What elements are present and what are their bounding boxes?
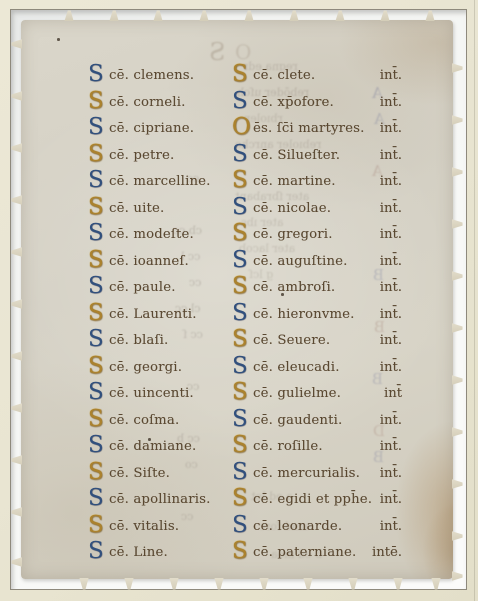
- response-abbreviation: int̄.: [380, 116, 402, 143]
- saint-invocation: cē. ambroſi.: [253, 275, 335, 302]
- litany-line-left-6: Scē. uite.: [88, 194, 240, 221]
- response-abbreviation: intē.: [372, 540, 402, 567]
- litany-line-right-17: Scē. egidi et pph̄e.int̄.: [232, 485, 402, 512]
- illuminated-initial: S: [232, 63, 253, 86]
- illuminated-initial: S: [232, 90, 253, 113]
- saint-invocation: cē. corneli.: [109, 90, 186, 117]
- parchment-leaf: SOregna edrrebōder uſchrbıolerrebıoler a…: [21, 20, 453, 579]
- litany-line-right-9: Scē. ambroſi.int̄.: [232, 273, 402, 300]
- response-abbreviation: int̄.: [380, 355, 402, 382]
- litany-line-left-5: Scē. marcelline.: [88, 167, 240, 194]
- illuminated-initial: S: [88, 249, 109, 272]
- illuminated-initial: S: [88, 169, 109, 192]
- litany-line-left-13: Scē. uincenti.: [88, 379, 240, 406]
- illuminated-initial: S: [232, 487, 253, 510]
- saint-invocation: cē. uincenti.: [109, 381, 194, 408]
- litany-line-right-6: Scē. nicolae.int̄.: [232, 194, 402, 221]
- litany-line-right-11: Scē. Seuere.int̄.: [232, 326, 402, 353]
- litany-line-right-10: Scē. hieronvme.int̄.: [232, 300, 402, 327]
- illuminated-initial: S: [88, 514, 109, 537]
- response-abbreviation: int̄.: [380, 434, 402, 461]
- illuminated-initial: S: [88, 63, 109, 86]
- litany-line-right-18: Scē. leonarde.int̄.: [232, 512, 402, 539]
- ink-speck: [57, 38, 60, 41]
- saint-invocation: cē. egidi et pph̄e.: [253, 487, 372, 514]
- illuminated-initial: S: [88, 143, 109, 166]
- saint-invocation: cē. Siſte.: [109, 461, 170, 488]
- litany-line-right-5: Scē. martine.int̄.: [232, 167, 402, 194]
- litany-line-left-2: Scē. corneli.: [88, 88, 240, 115]
- saint-invocation: cē. Seuere.: [253, 328, 330, 355]
- illuminated-initial: S: [88, 116, 109, 139]
- litany-line-left-8: Scē. ioanneſ.: [88, 247, 240, 274]
- illuminated-initial: S: [88, 275, 109, 298]
- litany-line-left-12: Scē. georgi.: [88, 353, 240, 380]
- saint-invocation: cē. paterniane.: [253, 540, 356, 567]
- illuminated-initial: S: [232, 461, 253, 484]
- litany-line-left-14: Scē. coſma.: [88, 406, 240, 433]
- illuminated-initial: O: [232, 116, 253, 139]
- saint-invocation: cē. gregori.: [253, 222, 333, 249]
- saint-invocation: cē. georgi.: [109, 355, 182, 382]
- saint-invocation: cē. clemens.: [109, 63, 194, 90]
- saint-invocation: cē. nicolae.: [253, 196, 331, 223]
- response-abbreviation: int̄.: [380, 461, 402, 488]
- response-abbreviation: int̄.: [380, 408, 402, 435]
- saint-invocation: cē. xp̄ofore.: [253, 90, 334, 117]
- illuminated-initial: S: [88, 328, 109, 351]
- litany-line-right-16: Scē. mercurialis.int̄.: [232, 459, 402, 486]
- illuminated-initial: S: [232, 143, 253, 166]
- litany-line-right-7: Scē. gregori.int̄.: [232, 220, 402, 247]
- litany-line-right-12: Scē. eleucadi.int̄.: [232, 353, 402, 380]
- saint-invocation: cē. apollinaris.: [109, 487, 211, 514]
- illuminated-initial: S: [88, 381, 109, 404]
- litany-line-right-19: Scē. paterniane.intē.: [232, 538, 402, 565]
- response-abbreviation: int̄.: [380, 328, 402, 355]
- litany-line-right-13: Scē. gulielme.int̄: [232, 379, 402, 406]
- litany-line-left-4: Scē. petre.: [88, 141, 240, 168]
- saint-invocation: cē. roſille.: [253, 434, 323, 461]
- saint-invocation: cē. clete.: [253, 63, 315, 90]
- response-abbreviation: int̄.: [380, 143, 402, 170]
- response-abbreviation: int̄: [384, 381, 402, 408]
- litany-line-left-7: Scē. modeſte.: [88, 220, 240, 247]
- illuminated-initial: S: [232, 196, 253, 219]
- illuminated-initial: S: [232, 275, 253, 298]
- saint-invocation: cē. petre.: [109, 143, 174, 170]
- illuminated-initial: S: [232, 328, 253, 351]
- illuminated-initial: S: [232, 514, 253, 537]
- illuminated-initial: S: [88, 90, 109, 113]
- saint-invocation: cē. leonarde.: [253, 514, 342, 541]
- saint-invocation: cē. hieronvme.: [253, 302, 355, 329]
- litany-line-left-1: Scē. clemens.: [88, 61, 240, 88]
- saint-invocation: ēs. ſc̄i martyres.: [253, 116, 365, 143]
- litany-line-right-15: Scē. roſille.int̄.: [232, 432, 402, 459]
- illuminated-initial: S: [232, 355, 253, 378]
- litany-line-left-11: Scē. blaſi.: [88, 326, 240, 353]
- saint-invocation: cē. Laurenti.: [109, 302, 197, 329]
- saint-invocation: cē. paule.: [109, 275, 176, 302]
- litany-line-right-3: Oēs. ſc̄i martyres.int̄.: [232, 114, 402, 141]
- illuminated-initial: S: [232, 249, 253, 272]
- saint-invocation: cē. eleucadi.: [253, 355, 340, 382]
- response-abbreviation: int̄.: [380, 487, 402, 514]
- illuminated-initial: S: [232, 540, 253, 563]
- response-abbreviation: int̄.: [380, 222, 402, 249]
- illuminated-initial: S: [88, 302, 109, 325]
- illuminated-initial: S: [232, 169, 253, 192]
- saint-invocation: cē. blaſi.: [109, 328, 168, 355]
- saint-invocation: cē. martine.: [253, 169, 336, 196]
- saint-invocation: cē. gulielme.: [253, 381, 341, 408]
- saint-invocation: cē. vitalis.: [109, 514, 179, 541]
- litany-line-left-9: Scē. paule.: [88, 273, 240, 300]
- illuminated-initial: S: [232, 381, 253, 404]
- litany-line-right-1: Scē. clete.int̄.: [232, 61, 402, 88]
- saint-invocation: cē. uite.: [109, 196, 164, 223]
- illuminated-initial: S: [88, 540, 109, 563]
- saint-invocation: cē. gaudenti.: [253, 408, 342, 435]
- response-abbreviation: int̄.: [380, 302, 402, 329]
- response-abbreviation: int̄.: [380, 63, 402, 90]
- response-abbreviation: int̄.: [380, 169, 402, 196]
- illuminated-initial: S: [88, 434, 109, 457]
- litany-line-left-18: Scē. vitalis.: [88, 512, 240, 539]
- illuminated-initial: S: [88, 461, 109, 484]
- illuminated-initial: S: [232, 434, 253, 457]
- litany-line-right-8: Scē. auguſtine.int̄.: [232, 247, 402, 274]
- saint-invocation: cē. ioanneſ.: [109, 249, 189, 276]
- litany-line-right-2: Scē. xp̄ofore.int̄.: [232, 88, 402, 115]
- litany-column-left: Scē. clemens.Scē. corneli.Scē. cipriane.…: [88, 61, 240, 565]
- saint-invocation: cē. modeſte.: [109, 222, 194, 249]
- framed-manuscript-photo: SOregna edrrebōder uſchrbıolerrebıoler a…: [0, 0, 478, 601]
- illuminated-initial: S: [88, 487, 109, 510]
- illuminated-initial: S: [88, 222, 109, 245]
- illuminated-initial: S: [232, 222, 253, 245]
- illuminated-initial: S: [88, 408, 109, 431]
- litany-line-left-19: Scē. Line.: [88, 538, 240, 565]
- litany-line-right-4: Scē. Silueſter.int̄.: [232, 141, 402, 168]
- response-abbreviation: int̄.: [380, 249, 402, 276]
- saint-invocation: cē. Silueſter.: [253, 143, 340, 170]
- litany-line-left-3: Scē. cipriane.: [88, 114, 240, 141]
- illuminated-initial: S: [232, 302, 253, 325]
- response-abbreviation: int̄.: [380, 275, 402, 302]
- litany-column-right: Scē. clete.int̄.Scē. xp̄ofore.int̄.Oēs. …: [232, 61, 402, 565]
- saint-invocation: cē. marcelline.: [109, 169, 211, 196]
- saint-invocation: cē. cipriane.: [109, 116, 194, 143]
- saint-invocation: cē. auguſtine.: [253, 249, 348, 276]
- litany-line-right-14: Scē. gaudenti.int̄.: [232, 406, 402, 433]
- saint-invocation: cē. mercurialis.: [253, 461, 360, 488]
- response-abbreviation: int̄.: [380, 196, 402, 223]
- litany-line-left-10: Scē. Laurenti.: [88, 300, 240, 327]
- illuminated-initial: S: [88, 355, 109, 378]
- saint-invocation: cē. damiane.: [109, 434, 196, 461]
- saint-invocation: cē. coſma.: [109, 408, 179, 435]
- illuminated-initial: S: [232, 408, 253, 431]
- litany-line-left-15: Scē. damiane.: [88, 432, 240, 459]
- response-abbreviation: int̄.: [380, 514, 402, 541]
- response-abbreviation: int̄.: [380, 90, 402, 117]
- saint-invocation: cē. Line.: [109, 540, 168, 567]
- litany-line-left-16: Scē. Siſte.: [88, 459, 240, 486]
- illuminated-initial: S: [88, 196, 109, 219]
- litany-line-left-17: Scē. apollinaris.: [88, 485, 240, 512]
